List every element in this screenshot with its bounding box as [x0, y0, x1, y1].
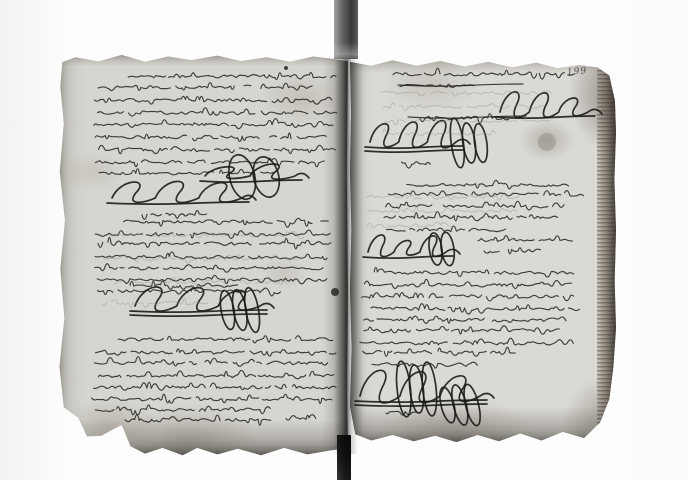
manuscript-photo: 199	[0, 0, 688, 480]
right-page	[350, 54, 616, 446]
book-fore-edge	[597, 66, 616, 434]
left-page	[58, 50, 348, 456]
cradle-clamp-top	[334, 0, 358, 59]
book-gutter-shadow	[334, 50, 358, 454]
folio-number: 199	[567, 66, 588, 78]
cradle-clamp-bottom	[337, 435, 351, 480]
